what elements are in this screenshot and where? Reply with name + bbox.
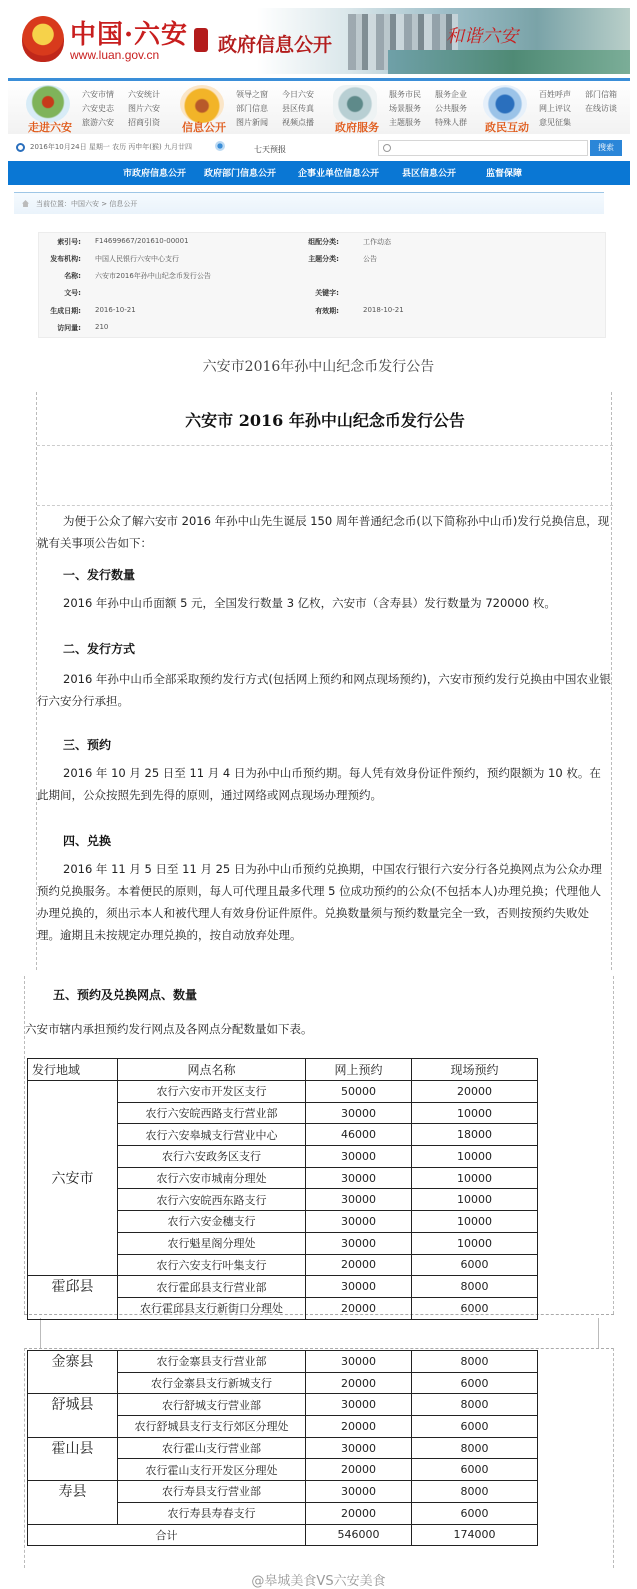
name-label: 名称: bbox=[39, 271, 81, 281]
online-cell: 30000 bbox=[306, 1351, 412, 1373]
onsite-cell: 6000 bbox=[412, 1297, 538, 1319]
online-cell: 20000 bbox=[306, 1459, 412, 1481]
section-paragraph: 2016 年 11 月 5 日至 11 月 25 日为孙中山币预约兑换期，中国农… bbox=[37, 858, 611, 946]
info-disclosure-icon[interactable] bbox=[180, 85, 224, 123]
branch-cell: 农行六安金穗支行 bbox=[118, 1211, 306, 1233]
online-cell: 30000 bbox=[306, 1189, 412, 1211]
main-menu: 市政府信息公开 政府部门信息公开 企事业单位信息公开 县区信息公开 监督保障 bbox=[8, 161, 630, 185]
total-onsite: 174000 bbox=[412, 1524, 538, 1546]
page-break-marker bbox=[598, 1318, 599, 1348]
online-cell: 30000 bbox=[306, 1167, 412, 1189]
nav-link[interactable]: 部门信息 bbox=[236, 103, 278, 114]
gov-service-icon[interactable] bbox=[333, 85, 377, 123]
home-icon bbox=[22, 200, 29, 207]
nav-link[interactable]: 旅游六安 bbox=[82, 117, 124, 128]
keyword-label: 关键字: bbox=[297, 288, 339, 298]
onsite-cell: 8000 bbox=[412, 1437, 538, 1459]
search-input[interactable] bbox=[378, 140, 588, 156]
visits-value: 210 bbox=[95, 323, 108, 331]
region-cell: 金寨县 bbox=[28, 1351, 118, 1394]
section-title: 政府信息公开 bbox=[218, 30, 332, 57]
search-button[interactable]: 搜索 bbox=[590, 140, 622, 156]
nav-link[interactable]: 视频点播 bbox=[282, 117, 324, 128]
valid-label: 有效期: bbox=[297, 306, 339, 316]
branch-cell: 农行金寨县支行营业部 bbox=[118, 1351, 306, 1373]
menu-item-county[interactable]: 县区信息公开 bbox=[402, 166, 456, 179]
header-online: 网上预约 bbox=[306, 1059, 412, 1081]
national-emblem-icon bbox=[22, 16, 64, 62]
allocation-table: 发行地域 网点名称 网上预约 现场预约 六安市 农行六安市开发区支行 50000… bbox=[27, 1058, 538, 1320]
online-cell: 20000 bbox=[306, 1254, 412, 1276]
clock-icon bbox=[16, 143, 25, 152]
nav-link[interactable]: 六安史志 bbox=[82, 103, 124, 114]
document-metadata: 索引号: F14699667/201610-00001 组配分类: 工作动态 发… bbox=[38, 232, 606, 338]
branch-cell: 农行霍邱县支行新街口分理处 bbox=[118, 1297, 306, 1319]
weather-sun-icon bbox=[215, 141, 225, 151]
online-cell: 30000 bbox=[306, 1276, 412, 1298]
valid-value: 2018-10-21 bbox=[363, 306, 404, 314]
online-cell: 20000 bbox=[306, 1416, 412, 1438]
page-title: 六安市2016年孙中山纪念币发行公告 bbox=[0, 356, 637, 376]
nav-link[interactable]: 特殊人群 bbox=[435, 117, 477, 128]
visits-label: 访问量: bbox=[39, 323, 81, 333]
nav-link[interactable]: 图片六安 bbox=[128, 103, 170, 114]
divider bbox=[37, 445, 613, 446]
branch-cell: 农行寿县寿春支行 bbox=[118, 1502, 306, 1524]
allocation-table-continued: 金寨县 农行金寨县支行营业部 30000 8000 农行金寨县支行新城支行 20… bbox=[27, 1350, 538, 1546]
forecast-link[interactable]: 七天预报 bbox=[254, 144, 286, 155]
branch-cell: 农行六安市开发区支行 bbox=[118, 1081, 306, 1103]
table-row: 舒城县 农行舒城支行营业部 30000 8000 bbox=[28, 1394, 538, 1416]
section-heading: 一、发行数量 bbox=[63, 566, 135, 583]
docno-label: 文号: bbox=[39, 288, 81, 298]
menu-item-gov-dept[interactable]: 政府部门信息公开 bbox=[204, 166, 276, 179]
onsite-cell: 10000 bbox=[412, 1211, 538, 1233]
branch-cell: 农行霍山支行开发区分理处 bbox=[118, 1459, 306, 1481]
document-title: 六安市 2016 年孙中山纪念币发行公告 bbox=[37, 408, 613, 431]
section-paragraph: 2016 年孙中山币面额 5 元，全国发行数量 3 亿枚，六安市（含寿县）发行数… bbox=[37, 592, 611, 614]
nav-link[interactable]: 场景服务 bbox=[389, 103, 431, 114]
header-branch: 网点名称 bbox=[118, 1059, 306, 1081]
current-date: 2016年10月24日 星期一 农历 丙申年(猴) 九月廿四 bbox=[30, 142, 192, 152]
section-heading: 三、预约 bbox=[63, 736, 111, 753]
nav-link[interactable]: 意见征集 bbox=[539, 117, 581, 128]
table-total-row: 合计 546000 174000 bbox=[28, 1524, 538, 1546]
nav-link[interactable]: 服务市民 bbox=[389, 89, 431, 100]
envelope-icon[interactable] bbox=[483, 85, 527, 123]
online-cell: 30000 bbox=[306, 1146, 412, 1168]
document-body: 六安市 2016 年孙中山纪念币发行公告 为便于公众了解六安市 2016 年孙中… bbox=[36, 392, 612, 970]
onsite-cell: 6000 bbox=[412, 1459, 538, 1481]
search-icon bbox=[383, 144, 391, 152]
online-cell: 20000 bbox=[306, 1372, 412, 1394]
section-heading: 四、兑换 bbox=[63, 832, 111, 849]
breadcrumb-text[interactable]: 当前位置：中国六安 > 信息公开 bbox=[36, 199, 137, 209]
onsite-cell: 6000 bbox=[412, 1254, 538, 1276]
online-cell: 20000 bbox=[306, 1502, 412, 1524]
onsite-cell: 8000 bbox=[412, 1481, 538, 1503]
nav-link[interactable]: 六安市情 bbox=[82, 89, 124, 100]
online-cell: 30000 bbox=[306, 1481, 412, 1503]
table-header-row: 发行地域 网点名称 网上预约 现场预约 bbox=[28, 1059, 538, 1081]
seal-icon bbox=[194, 28, 208, 52]
online-cell: 30000 bbox=[306, 1232, 412, 1254]
table-row: 金寨县 农行金寨县支行营业部 30000 8000 bbox=[28, 1351, 538, 1373]
date-search-bar: 2016年10月24日 星期一 农历 丙申年(猴) 九月廿四 七天预报 搜索 bbox=[8, 138, 630, 158]
nav-link[interactable]: 网上评议 bbox=[539, 103, 581, 114]
online-cell: 50000 bbox=[306, 1081, 412, 1103]
onsite-cell: 10000 bbox=[412, 1189, 538, 1211]
table-row: 霍邱县 农行霍邱县支行营业部 30000 8000 bbox=[28, 1276, 538, 1298]
online-cell: 30000 bbox=[306, 1102, 412, 1124]
section-heading: 五、预约及兑换网点、数量 bbox=[53, 986, 197, 1003]
walk-into-luan-icon[interactable] bbox=[26, 85, 70, 123]
index-label: 索引号: bbox=[39, 237, 81, 247]
branch-cell: 农行六安支行叶集支行 bbox=[118, 1254, 306, 1276]
header-onsite: 现场预约 bbox=[412, 1059, 538, 1081]
onsite-cell: 6000 bbox=[412, 1372, 538, 1394]
nav-link[interactable]: 部门信箱 bbox=[585, 89, 627, 100]
onsite-cell: 6000 bbox=[412, 1502, 538, 1524]
divider bbox=[37, 505, 613, 506]
branch-cell: 农行魁星阁分理处 bbox=[118, 1232, 306, 1254]
region-cell: 霍邱县 bbox=[28, 1276, 118, 1319]
onsite-cell: 10000 bbox=[412, 1146, 538, 1168]
branch-cell: 农行金寨县支行新城支行 bbox=[118, 1372, 306, 1394]
branch-cell: 农行舒城县支行支行郊区分理处 bbox=[118, 1416, 306, 1438]
created-label: 生成日期: bbox=[39, 306, 81, 316]
online-cell: 30000 bbox=[306, 1211, 412, 1233]
nav-link[interactable]: 县区传真 bbox=[282, 103, 324, 114]
nav-link[interactable]: 公共服务 bbox=[435, 103, 477, 114]
slogan: 和谐六安 bbox=[446, 22, 518, 48]
nav-link[interactable]: 服务企业 bbox=[435, 89, 477, 100]
nav-link[interactable]: 主题服务 bbox=[389, 117, 431, 128]
nav-link[interactable]: 百姓呼声 bbox=[539, 89, 581, 100]
online-cell: 46000 bbox=[306, 1124, 412, 1146]
nav-link[interactable]: 今日六安 bbox=[282, 89, 324, 100]
table-row: 霍山县 农行霍山支行营业部 30000 8000 bbox=[28, 1437, 538, 1459]
page-break-marker bbox=[40, 1318, 41, 1348]
region-cell: 寿县 bbox=[28, 1481, 118, 1524]
site-banner: 中国·六安 www.luan.gov.cn 政府信息公开 和谐六安 bbox=[8, 8, 630, 74]
branch-cell: 农行六安政务区支行 bbox=[118, 1146, 306, 1168]
total-online: 546000 bbox=[306, 1524, 412, 1546]
section-heading: 二、发行方式 bbox=[63, 640, 135, 657]
nav-group-label[interactable]: 政府服务 bbox=[329, 119, 385, 135]
branch-cell: 农行六安皖西路支行营业部 bbox=[118, 1102, 306, 1124]
intro-paragraph: 为便于公众了解六安市 2016 年孙中山先生诞辰 150 周年普通纪念币(以下简… bbox=[37, 510, 611, 554]
onsite-cell: 8000 bbox=[412, 1394, 538, 1416]
branch-cell: 农行霍山支行营业部 bbox=[118, 1437, 306, 1459]
branch-cell: 农行霍邱县支行营业部 bbox=[118, 1276, 306, 1298]
publisher-value: 中国人民银行六安中心支行 bbox=[95, 254, 179, 264]
table-row: 寿县 农行寿县支行营业部 30000 8000 bbox=[28, 1481, 538, 1503]
branch-cell: 农行舒城支行营业部 bbox=[118, 1394, 306, 1416]
onsite-cell: 18000 bbox=[412, 1124, 538, 1146]
nav-link[interactable]: 领导之窗 bbox=[236, 89, 278, 100]
region-cell: 霍山县 bbox=[28, 1437, 118, 1480]
menu-item-city-gov[interactable]: 市政府信息公开 bbox=[123, 166, 186, 179]
table-row: 六安市 农行六安市开发区支行 50000 20000 bbox=[28, 1081, 538, 1103]
name-value: 六安市2016年孙中山纪念币发行公告 bbox=[95, 271, 211, 281]
online-cell: 30000 bbox=[306, 1394, 412, 1416]
menu-item-enterprise[interactable]: 企事业单位信息公开 bbox=[298, 166, 379, 179]
onsite-cell: 10000 bbox=[412, 1232, 538, 1254]
nav-link[interactable]: 图片新闻 bbox=[236, 117, 278, 128]
onsite-cell: 20000 bbox=[412, 1081, 538, 1103]
menu-item-supervision[interactable]: 监督保障 bbox=[486, 166, 522, 179]
top-nav-bar: 走进六安 六安市情 六安统计 六安史志 图片六安 旅游六安 招商引资 信息公开 … bbox=[8, 78, 630, 134]
region-cell: 六安市 bbox=[28, 1081, 118, 1276]
nav-link[interactable]: 六安统计 bbox=[128, 89, 170, 100]
site-url: www.luan.gov.cn bbox=[70, 48, 159, 62]
nav-link[interactable]: 在线访谈 bbox=[585, 103, 627, 114]
section-paragraph: 2016 年孙中山币全部采取预约发行方式(包括网上预约和网点现场预约)，六安市预… bbox=[37, 668, 611, 712]
branch-cell: 农行六安皖西东路支行 bbox=[118, 1189, 306, 1211]
nav-link[interactable]: 招商引资 bbox=[128, 117, 170, 128]
category-value: 工作动态 bbox=[363, 237, 391, 247]
site-name[interactable]: 中国·六安 bbox=[70, 14, 188, 51]
nav-group-label[interactable]: 信息公开 bbox=[176, 119, 232, 135]
category-label: 组配分类: bbox=[297, 237, 339, 247]
onsite-cell: 8000 bbox=[412, 1351, 538, 1373]
index-value: F14699667/201610-00001 bbox=[95, 237, 189, 245]
onsite-cell: 10000 bbox=[412, 1167, 538, 1189]
section-paragraph: 2016 年 10 月 25 日至 11 月 4 日为孙中山币预约期。每人凭有效… bbox=[37, 762, 611, 806]
onsite-cell: 6000 bbox=[412, 1416, 538, 1438]
nav-group-label[interactable]: 政民互动 bbox=[479, 119, 535, 135]
watermark: @皋城美食VS六安美食 bbox=[0, 1570, 637, 1589]
nav-group-label[interactable]: 走进六安 bbox=[22, 119, 78, 135]
branch-cell: 农行六安市城南分理处 bbox=[118, 1167, 306, 1189]
river-image bbox=[388, 50, 630, 74]
branch-cell: 农行六安皋城支行营业中心 bbox=[118, 1124, 306, 1146]
topic-value: 公告 bbox=[363, 254, 377, 264]
breadcrumb: 当前位置：中国六安 > 信息公开 bbox=[14, 192, 604, 214]
online-cell: 30000 bbox=[306, 1437, 412, 1459]
section-paragraph: 六安市辖内承担预约发行网点及各网点分配数量如下表。 bbox=[25, 1018, 599, 1040]
created-value: 2016-10-21 bbox=[95, 306, 136, 314]
publisher-label: 发布机构: bbox=[39, 254, 81, 264]
total-label: 合计 bbox=[28, 1524, 306, 1546]
branch-cell: 农行寿县支行营业部 bbox=[118, 1481, 306, 1503]
onsite-cell: 10000 bbox=[412, 1102, 538, 1124]
topic-label: 主题分类: bbox=[297, 254, 339, 264]
region-cell: 舒城县 bbox=[28, 1394, 118, 1437]
online-cell: 20000 bbox=[306, 1297, 412, 1319]
onsite-cell: 8000 bbox=[412, 1276, 538, 1298]
header-region: 发行地域 bbox=[28, 1059, 118, 1081]
